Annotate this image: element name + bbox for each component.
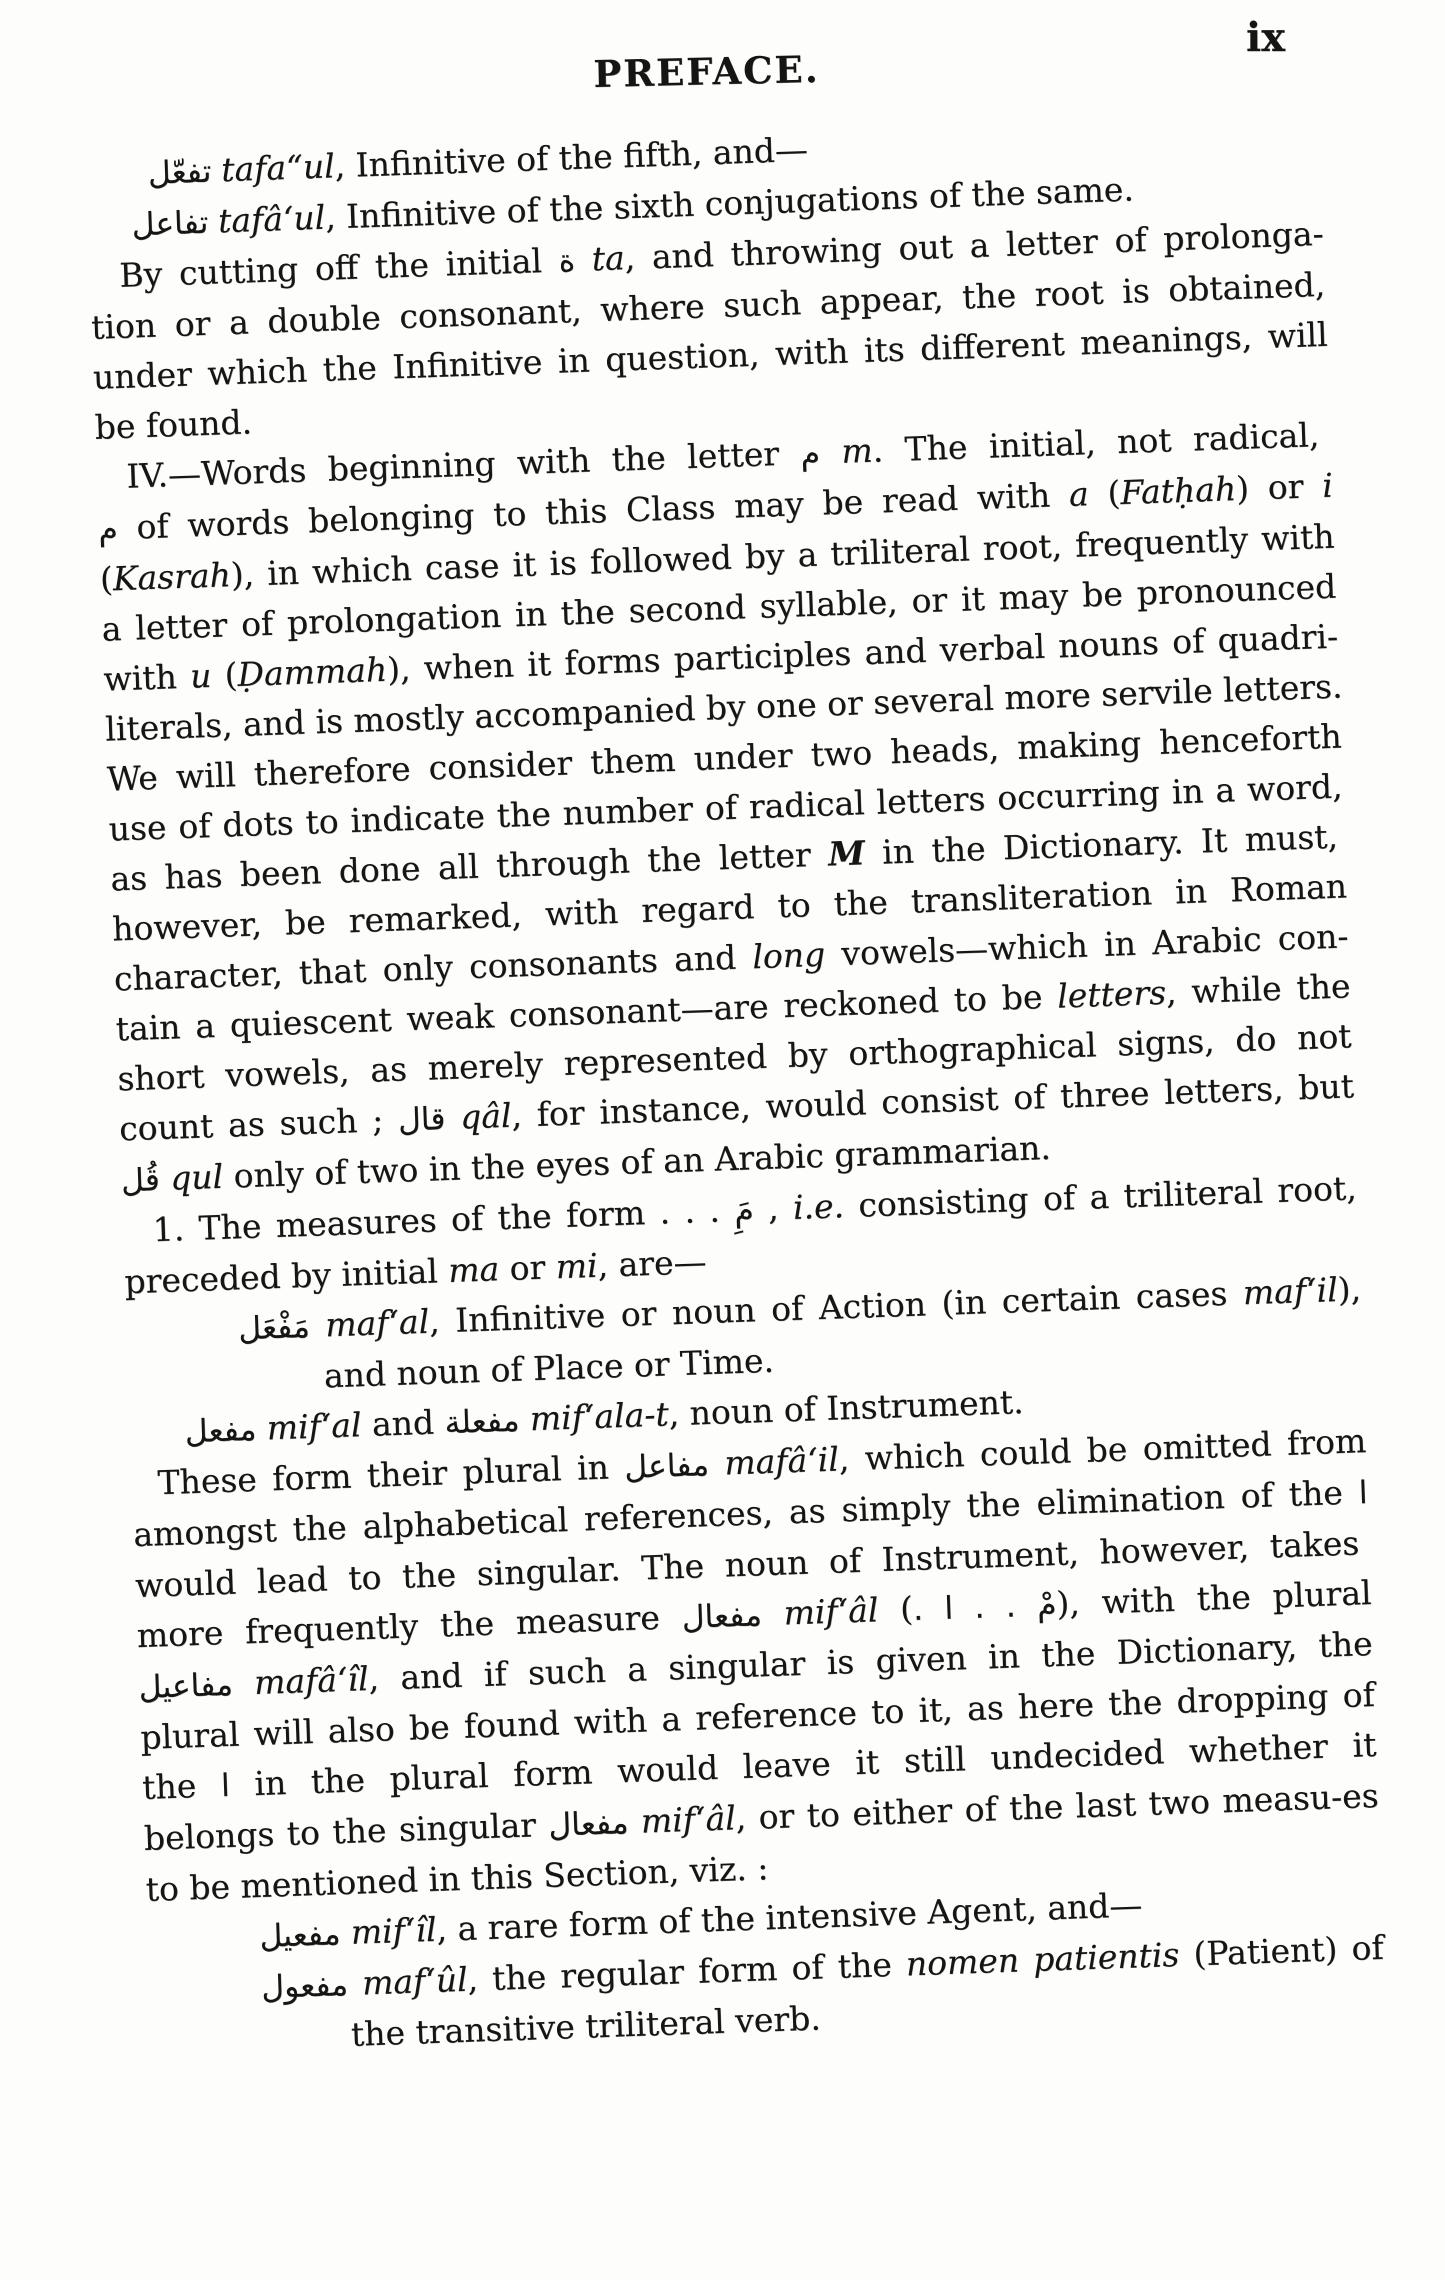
text-segment: (Patient) of [1179, 1928, 1385, 1974]
text-segment: mafâ‘îl [253, 1659, 369, 1702]
arabic-text: م [800, 436, 821, 473]
text-body: تفعّل tafa“ul, Infinitive of the fifth, … [85, 107, 1386, 2067]
text-segment: mif‘îl [350, 1910, 437, 1952]
text-segment: m [841, 431, 874, 471]
arabic-text: قال [397, 1101, 446, 1139]
text-segment: mif‘âl [640, 1798, 736, 1840]
arabic-text: مفعلة [444, 1403, 520, 1442]
text-segment: ), [1337, 1269, 1362, 1309]
text-segment: , [753, 1188, 794, 1228]
arabic-text: مفعال [681, 1597, 762, 1636]
text-segment [574, 239, 592, 279]
text-segment: . The initial, not radical, [872, 415, 1320, 470]
arabic-text: مفعيل [259, 1916, 341, 1955]
text-segment: letters [1057, 973, 1167, 1016]
text-segment: preceded by initial [124, 1251, 449, 1301]
arabic-text: تفعّل [147, 153, 222, 192]
text-segment: mif‘ala-t [529, 1394, 669, 1438]
text-segment: mafâ‘il [724, 1440, 840, 1483]
arabic-text: م [98, 511, 119, 548]
text-segment: , while the [1165, 966, 1351, 1011]
arabic-text: مفعل [184, 1412, 257, 1450]
page-title: PREFACE. [593, 47, 820, 96]
text-segment: ) or [1235, 466, 1323, 508]
text-segment: with [103, 657, 191, 699]
text-segment: , the regular form of the [467, 1944, 907, 1998]
text-segment: ( [878, 1589, 914, 1629]
text-segment: mif‘âl [783, 1590, 879, 1632]
text-segment: Fatḥah [1120, 469, 1237, 512]
text-segment [445, 1098, 461, 1137]
arabic-text: ة [558, 243, 576, 280]
text-segment: count as such ; [119, 1100, 399, 1149]
text-segment: i.e. [792, 1186, 844, 1227]
text-segment [232, 1663, 255, 1703]
text-segment: ma [448, 1249, 500, 1290]
text-segment: qâl [459, 1096, 512, 1137]
text-segment: the transitive triliteral verb. [350, 1998, 821, 2053]
text-segment: maf‘ûl [361, 1960, 468, 2003]
arabic-text: . ا‎ . . مْ [912, 1587, 1057, 1628]
arabic-text: قُل [120, 1162, 160, 1199]
text-segment: long [752, 935, 826, 977]
arabic-text: تفاعل [131, 204, 219, 243]
text-segment: u [189, 656, 212, 696]
text-segment: tafâ‘ul [217, 198, 325, 241]
text-segment: a [1068, 474, 1089, 514]
text-segment: or [498, 1247, 556, 1288]
arabic-text: مَفْعَل [238, 1309, 311, 1347]
arabic-text: مفاعل [624, 1447, 710, 1486]
arabic-text: مفعول [261, 1967, 349, 2006]
text-segment: ( [211, 655, 239, 695]
arabic-text: ا [1358, 1475, 1368, 1511]
text-segment: These form their plural in [157, 1447, 625, 1502]
text-segment: mi [555, 1246, 598, 1286]
arabic-text: مفاعيل [138, 1667, 233, 1706]
text-segment: Ḍammah [237, 650, 388, 694]
text-segment: maf‘il [1242, 1270, 1338, 1312]
text-segment: M [827, 833, 865, 873]
text-segment: belongs to the singular [143, 1805, 549, 1858]
text-segment: qul [169, 1157, 223, 1198]
text-segment [708, 1443, 725, 1483]
text-segment: By cutting off the initial [119, 241, 560, 295]
text-segment: tafa“ul [220, 146, 335, 189]
text-segment: nomen patientis [905, 1935, 1180, 1984]
text-segment: the [142, 1765, 222, 1807]
text-segment: , are— [597, 1242, 707, 1285]
scanned-book-page: PREFACE. ix تفعّل tafa“ul, Infinitive of… [0, 0, 1445, 2280]
page-number: ix [1246, 14, 1285, 61]
text-segment: mif‘al [266, 1405, 362, 1447]
text-segment [347, 1963, 363, 2002]
text-segment: ), with the plural [1056, 1573, 1372, 1623]
text-segment: be found. [94, 402, 253, 446]
text-segment: , Infinitive of the fifth, and— [334, 130, 809, 185]
arabic-text: مَِ [734, 1192, 755, 1229]
text-segment: ( [1088, 473, 1121, 513]
text-segment [309, 1305, 326, 1345]
text-segment: and [361, 1402, 445, 1444]
text-segment: ta [591, 238, 625, 278]
text-segment: i [1322, 466, 1334, 505]
arabic-text: مفعال [548, 1805, 629, 1844]
text-segment [819, 432, 842, 472]
text-segment: maf‘al [325, 1302, 430, 1345]
text-segment [761, 1594, 784, 1634]
text-segment: , noun of Instrument. [668, 1382, 1024, 1433]
text-segment: Kasrah [112, 555, 231, 598]
